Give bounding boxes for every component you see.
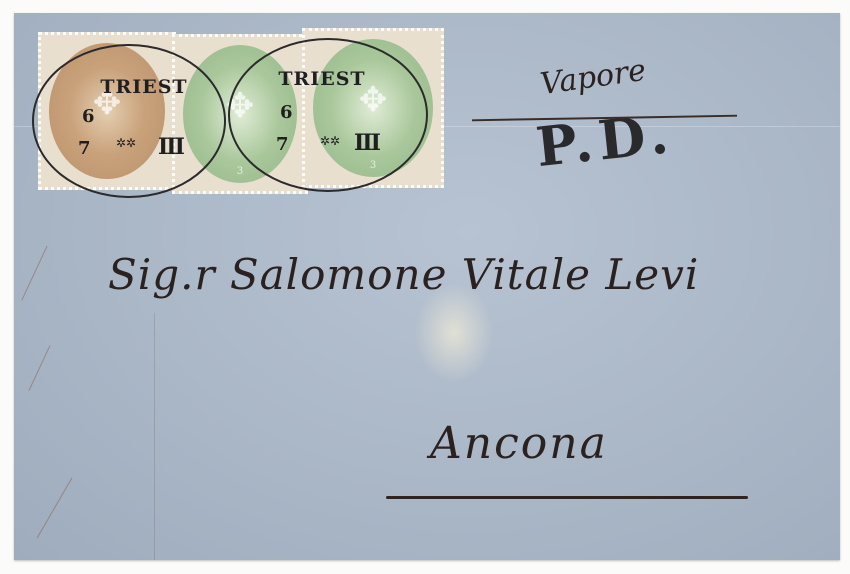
pencil-margin-line bbox=[154, 313, 155, 560]
postmark-hour: III bbox=[354, 130, 379, 156]
postmark-hour: III bbox=[158, 134, 183, 160]
postmark-month: 7 bbox=[276, 134, 289, 155]
postmark-ornament-icon: ✲✲ bbox=[320, 134, 340, 148]
postmark-triest-2: TRIEST 6 7 ✲✲ III bbox=[228, 38, 428, 192]
destination-underline bbox=[386, 496, 748, 499]
postmark-town: TRIEST bbox=[64, 76, 224, 98]
postmark-day: 6 bbox=[82, 106, 95, 127]
pencil-mark bbox=[37, 477, 73, 538]
postmark-day: 6 bbox=[280, 102, 293, 123]
postmark-town: TRIEST bbox=[218, 68, 426, 90]
postmark-triest-1: TRIEST 6 7 ✲✲ III bbox=[32, 44, 226, 198]
postmark-month: 7 bbox=[78, 138, 91, 159]
pencil-mark bbox=[28, 345, 50, 391]
addressee: Sig.r Salomone Vitale Levi bbox=[108, 250, 699, 299]
postmark-ornament-icon: ✲✲ bbox=[116, 136, 136, 150]
destination-city: Ancona bbox=[430, 418, 608, 469]
pencil-mark bbox=[21, 246, 47, 301]
stamp-denomination: 3 bbox=[237, 166, 243, 177]
